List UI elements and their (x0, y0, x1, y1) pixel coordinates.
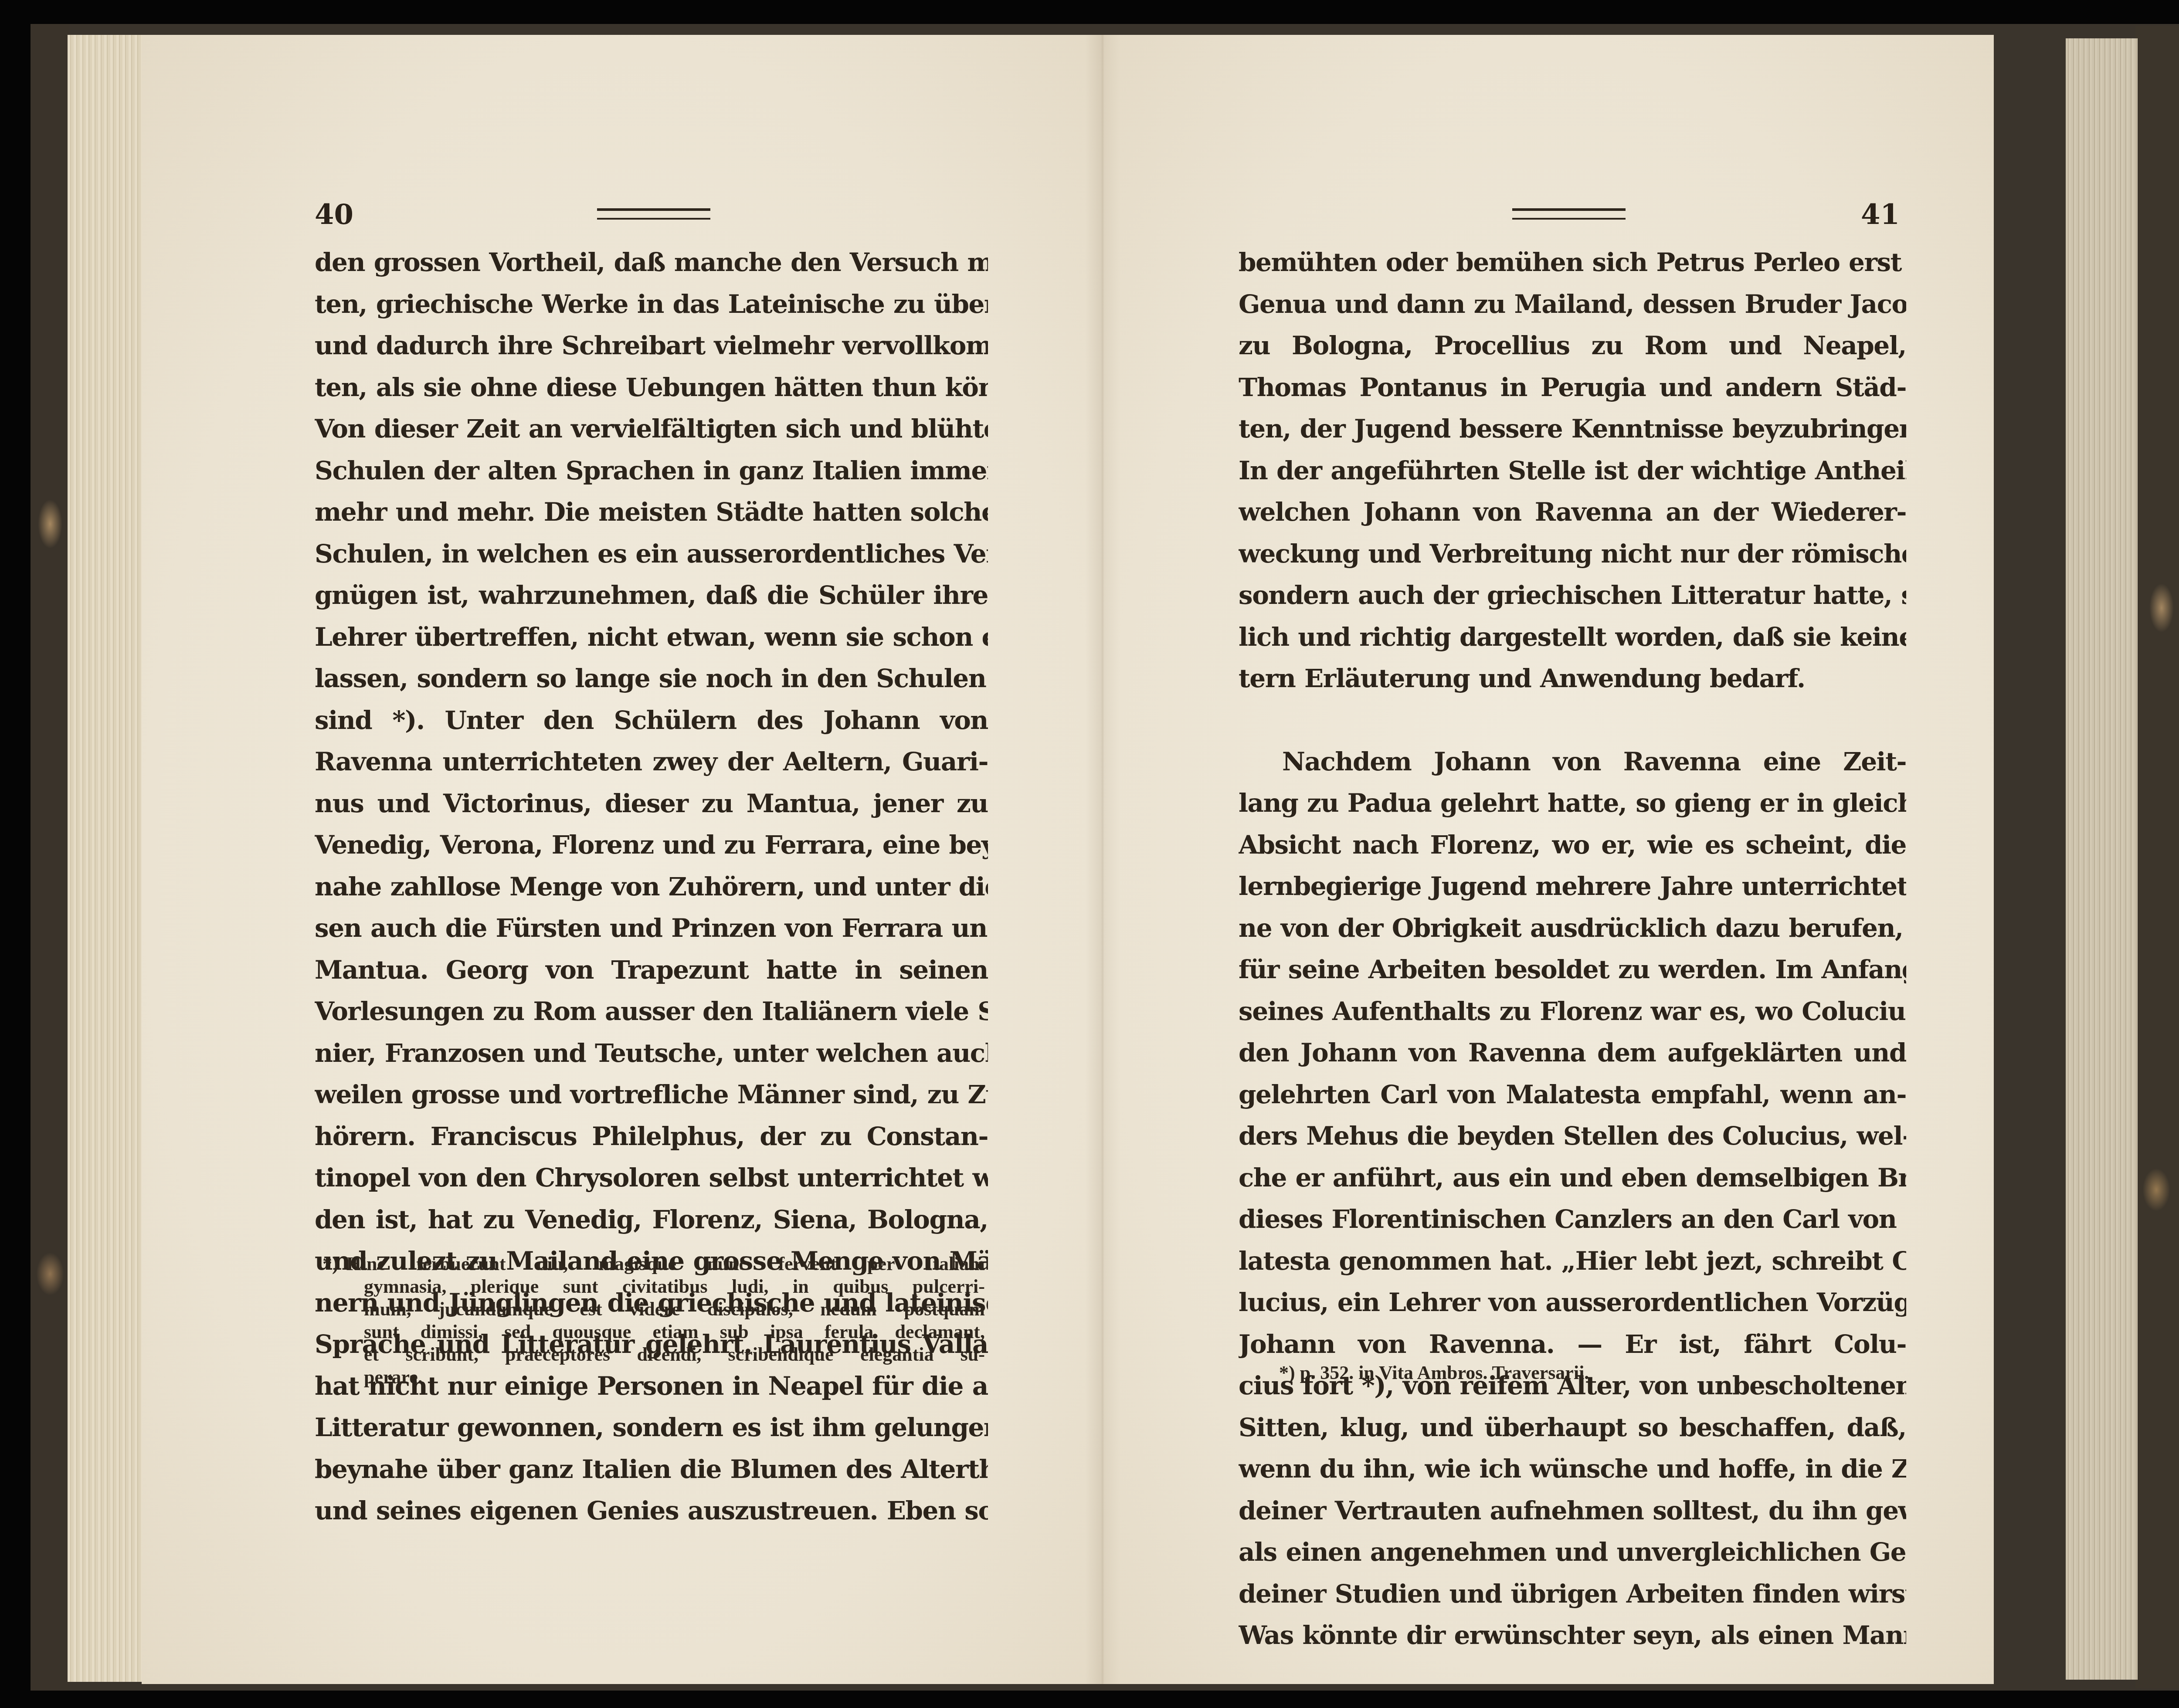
page-edges-right (2066, 38, 2138, 1680)
text-line: deiner Vertrauten aufnehmen solltest, du… (1239, 1490, 1906, 1532)
cover-board-right (2135, 26, 2179, 1688)
text-line: mehr und mehr. Die meisten Städte hatten… (315, 491, 988, 533)
footnote-line: *) p. 352. in Vita Ambros. Traversarii. (1279, 1362, 1802, 1384)
text-line: nier, Franzosen und Teutsche, unter welc… (315, 1033, 988, 1074)
text-line: Thomas Pontanus in Perugia und andern St… (1239, 367, 1906, 409)
text-line: und seines eigenen Genies auszustreuen. … (315, 1490, 988, 1532)
right-page-footnote: *) p. 352. in Vita Ambros. Traversarii. (1279, 1362, 1802, 1384)
text-line: und dadurch ihre Schreibart vielmehr ver… (315, 325, 988, 367)
page-number-left: 40 (315, 198, 353, 231)
text-line: gelehrten Carl von Malatesta empfahl, we… (1239, 1074, 1906, 1116)
text-line: Was könnte dir erwünschter seyn, als ein… (1239, 1615, 1906, 1657)
footnote-line: mum, jucundumque est videre discipulos, … (322, 1298, 985, 1321)
footnote-line: *)Hinc ferbuerunt diu, magisque nunc fer… (322, 1253, 985, 1275)
text-line: sondern auch der griechischen Litteratur… (1239, 575, 1906, 617)
text-line: lernbegierige Jugend mehrere Jahre unter… (1239, 866, 1906, 908)
text-line: ne von der Obrigkeit ausdrücklich dazu b… (1239, 908, 1906, 949)
text-line: lang zu Padua gelehrt hatte, so gieng er… (1239, 783, 1906, 824)
text-line: hörern. Franciscus Philelphus, der zu Co… (315, 1116, 988, 1158)
text-line: Lehrer übertreffen, nicht etwan, wenn si… (315, 617, 988, 658)
text-line: Litteratur gewonnen, sondern es ist ihm … (315, 1407, 988, 1449)
text-line: gnügen ist, wahrzunehmen, daß die Schüle… (315, 575, 988, 617)
text-line: ten, der Jugend bessere Kenntnisse beyzu… (1239, 408, 1906, 450)
text-line: sind *). Unter den Schülern des Johann v… (315, 700, 988, 742)
text-line: Nachdem Johann von Ravenna eine Zeit- (1239, 741, 1906, 783)
text-line: als einen angenehmen und unvergleichlich… (1239, 1532, 1906, 1573)
text-line: Sitten, klug, und überhaupt so beschaffe… (1239, 1407, 1906, 1449)
text-line: lucius, ein Lehrer von ausserordentliche… (1239, 1282, 1906, 1324)
footnote-line: gymnasia, plerique sunt civitatibus ludi… (322, 1275, 985, 1298)
text-line: In der angeführten Stelle ist der wichti… (1239, 450, 1906, 492)
left-page-footnote: *)Hinc ferbuerunt diu, magisque nunc fer… (322, 1253, 985, 1389)
text-line: Vorlesungen zu Rom ausser den Italiänern… (315, 991, 988, 1033)
text-line: für seine Arbeiten besoldet zu werden. I… (1239, 949, 1906, 991)
text-line: tinopel von den Chrysoloren selbst unter… (315, 1157, 988, 1199)
text-line: lassen, sondern so lange sie noch in den… (315, 658, 988, 700)
text-line: Schulen der alten Sprachen in ganz Itali… (315, 450, 988, 492)
text-line: ten, als sie ohne diese Uebungen hätten … (315, 367, 988, 409)
right-page-body: bemühten oder bemühen sich Petrus Perleo… (1239, 242, 1906, 1657)
footnote-text: Hinc ferbuerunt diu, magisque nunc ferve… (346, 1253, 985, 1274)
text-line: Schulen, in welchen es ein ausserordentl… (315, 533, 988, 575)
text-line: bemühten oder bemühen sich Petrus Perleo… (1239, 242, 1906, 284)
text-line: dieses Florentinischen Canzlers an den C… (1239, 1199, 1906, 1240)
text-line: welchen Johann von Ravenna an der Wieder… (1239, 491, 1906, 533)
text-line: den Johann von Ravenna dem aufgeklärten … (1239, 1032, 1906, 1074)
text-line: Von dieser Zeit an vervielfältigten sich… (315, 408, 988, 450)
text-line: sen auch die Fürsten und Prinzen von Fer… (315, 908, 988, 949)
text-line: seines Aufenthalts zu Florenz war es, wo… (1239, 991, 1906, 1033)
text-line: Venedig, Verona, Florenz und zu Ferrara,… (315, 824, 988, 866)
text-line: Johann von Ravenna. — Er ist, fährt Colu… (1239, 1324, 1906, 1366)
text-line: latesta genommen hat. „Hier lebt jezt, s… (1239, 1240, 1906, 1282)
header-rule-left (597, 208, 710, 220)
text-line: zu Bologna, Procellius zu Rom und Neapel… (1239, 325, 1906, 367)
text-line: Ravenna unterrichteten zwey der Aeltern,… (315, 741, 988, 783)
text-line: weilen grosse und vortrefliche Männer si… (315, 1074, 988, 1116)
text-line: lich und richtig dargestellt worden, daß… (1239, 617, 1906, 658)
text-line: ten, griechische Werke in das Lateinisch… (315, 284, 988, 325)
page-number-right: 41 (1861, 198, 1900, 231)
text-line: che er anführt, aus ein und eben demselb… (1239, 1157, 1906, 1199)
text-line: Genua und dann zu Mailand, dessen Bruder… (1239, 284, 1906, 325)
text-line: wenn du ihn, wie ich wünsche und hoffe, … (1239, 1448, 1906, 1490)
footnote-line: sunt dimissi, sed quousque etiam sub ips… (322, 1321, 985, 1343)
text-line: tern Erläuterung und Anwendung bedarf. (1239, 658, 1906, 700)
text-line: nahe zahllose Menge von Zuhörern, und un… (315, 866, 988, 908)
text-line: weckung und Verbreitung nicht nur der rö… (1239, 533, 1906, 575)
text-line: Absicht nach Florenz, wo er, wie es sche… (1239, 824, 1906, 866)
text-line: den grossen Vortheil, daß manche den Ver… (315, 242, 988, 284)
footnote-marker: *) (1279, 1362, 1295, 1383)
footnote-marker: *) (322, 1253, 339, 1274)
text-line: beynahe über ganz Italien die Blumen des… (315, 1449, 988, 1491)
book-gutter (1085, 35, 1120, 1684)
text-line: deiner Studien und übrigen Arbeiten find… (1239, 1573, 1906, 1615)
footnote-line: perare. (322, 1366, 985, 1389)
text-line: ders Mehus die beyden Stellen des Coluci… (1239, 1115, 1906, 1157)
page-edges-left (68, 35, 142, 1682)
text-line: Mantua. Georg von Trapezunt hatte in sei… (315, 949, 988, 991)
text-line: nus und Victorinus, dieser zu Mantua, je… (315, 783, 988, 825)
paragraph-gap (1239, 700, 1906, 741)
header-rule-right (1512, 208, 1626, 220)
footnote-line: et scribunt, praeceptores dicendi, scrib… (322, 1343, 985, 1366)
footnote-text: p. 352. in Vita Ambros. Traversarii. (1300, 1362, 1589, 1383)
text-line: den ist, hat zu Venedig, Florenz, Siena,… (315, 1199, 988, 1241)
cover-board-left (31, 24, 70, 1691)
